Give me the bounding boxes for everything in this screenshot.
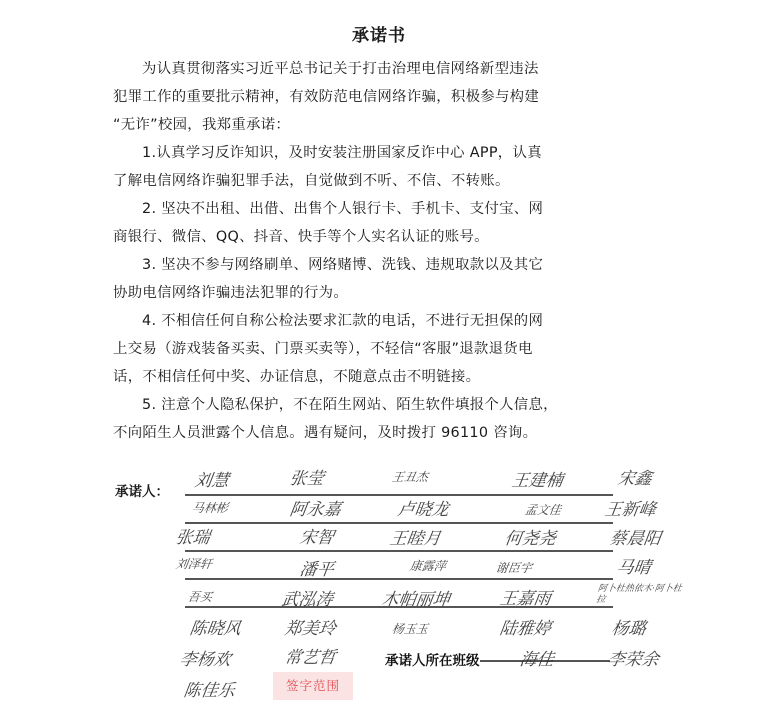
signature-line [185,578,613,580]
signature: 吾买 [187,588,213,605]
signature: 刘慧 [193,466,231,491]
signature: 杨璐 [610,614,648,639]
signature: 宋智 [298,523,336,548]
signature: 武泓涛 [280,585,335,610]
signature: 王新峰 [603,495,658,520]
paragraph-line: 商银行、微信、QQ、抖音、快手等个人实名认证的账号。 [113,223,653,251]
commitment-item-1: 1.认真学习反诈知识，及时安装注册国家反诈中心 APP，认真 了解电信网络诈骗犯… [113,139,653,195]
signature: 阿卜杜热依木·阿卜杜拉 [595,584,688,606]
signature: 宋鑫 [616,464,654,489]
signature: 杨玉玉 [391,620,429,637]
signature: 常艺哲 [283,643,338,668]
commitment-item-4: 4. 不相信任何自称公检法要求汇款的电话，不进行无担保的网 上交易（游戏装备买卖… [113,307,653,391]
signature: 王建楠 [510,466,565,491]
paragraph-line: 了解电信网络诈骗犯罪手法，自觉做到不听、不信、不转账。 [113,167,653,195]
signature: 马林彬 [191,499,229,516]
signature: 陈佳乐 [182,676,237,701]
signature: 刘泽轩 [175,555,213,572]
committer-label: 承诺人： [115,480,169,500]
signature: 何尧尧 [503,524,558,549]
paragraph-line: 1.认真学习反诈知识，及时安装注册国家反诈中心 APP，认真 [113,139,653,167]
signature: 马晴 [615,553,653,578]
signature: 李荣余 [606,645,661,670]
signature: 李杨欢 [178,645,233,670]
commitment-item-2: 2. 坚决不出租、出借、出售个人银行卡、手机卡、支付宝、网 商银行、微信、QQ、… [113,195,653,251]
signature: 郑美玲 [283,614,338,639]
signature: 陆雅婷 [498,614,553,639]
paragraph-line: 犯罪工作的重要批示精神，有效防范电信网络诈骗，积极参与构建 [113,83,653,111]
paragraph-line: 不向陌生人员泄露个人信息。遇有疑问，及时拨打 96110 咨询。 [113,419,653,447]
paragraph-line: 3. 坚决不参与网络刷单、网络赌博、洗钱、违规取款以及其它 [113,251,653,279]
signature: 张瑞 [174,523,212,548]
signature-line [185,550,613,552]
signature: 海佳 [518,645,556,670]
signature: 康露萍 [409,557,447,574]
signature: 孟文佳 [524,501,562,518]
signature: 蔡晨阳 [608,524,663,549]
paragraph-line: 协助电信网络诈骗违法犯罪的行为。 [113,279,653,307]
signature: 王睦月 [388,524,443,549]
signature: 张莹 [288,464,326,489]
paragraph-line: 4. 不相信任何自称公检法要求汇款的电话，不进行无担保的网 [113,307,653,335]
commitment-item-5: 5. 注意个人隐私保护，不在陌生网站、陌生软件填报个人信息， 不向陌生人员泄露个… [113,391,653,447]
signature: 陈晓风 [188,614,243,639]
class-label: 承诺人所在班级 [385,649,480,669]
signature: 谢臣宇 [495,559,533,576]
signature: 木帕丽坤 [380,585,452,610]
signature: 阿永嘉 [288,495,343,520]
intro-paragraph: 为认真贯彻落实习近平总书记关于打击治理电信网络新型违法 犯罪工作的重要批示精神，… [113,55,653,139]
commitment-item-3: 3. 坚决不参与网络刷单、网络赌博、洗钱、违规取款以及其它 协助电信网络诈骗违法… [113,251,653,307]
paragraph-line: “无诈”校园，我郑重承诺： [113,111,653,139]
signature: 王丑杰 [391,468,429,485]
signature: 潘平 [298,555,336,580]
paragraph-line: 为认真贯彻落实习近平总书记关于打击治理电信网络新型违法 [113,55,653,83]
document-title: 承诺书 [0,21,758,46]
signature: 王嘉雨 [498,584,553,609]
paragraph-line: 5. 注意个人隐私保护，不在陌生网站、陌生软件填报个人信息， [113,391,653,419]
paragraph-line: 话，不相信任何中奖、办证信息，不随意点击不明链接。 [113,363,653,391]
signature-area-box: 签字范围 [273,672,353,700]
paragraph-line: 2. 坚决不出租、出借、出售个人银行卡、手机卡、支付宝、网 [113,195,653,223]
signature: 卢晓龙 [396,495,451,520]
paragraph-line: 上交易（游戏装备买卖、门票买卖等），不轻信“客服”退款退货电 [113,335,653,363]
